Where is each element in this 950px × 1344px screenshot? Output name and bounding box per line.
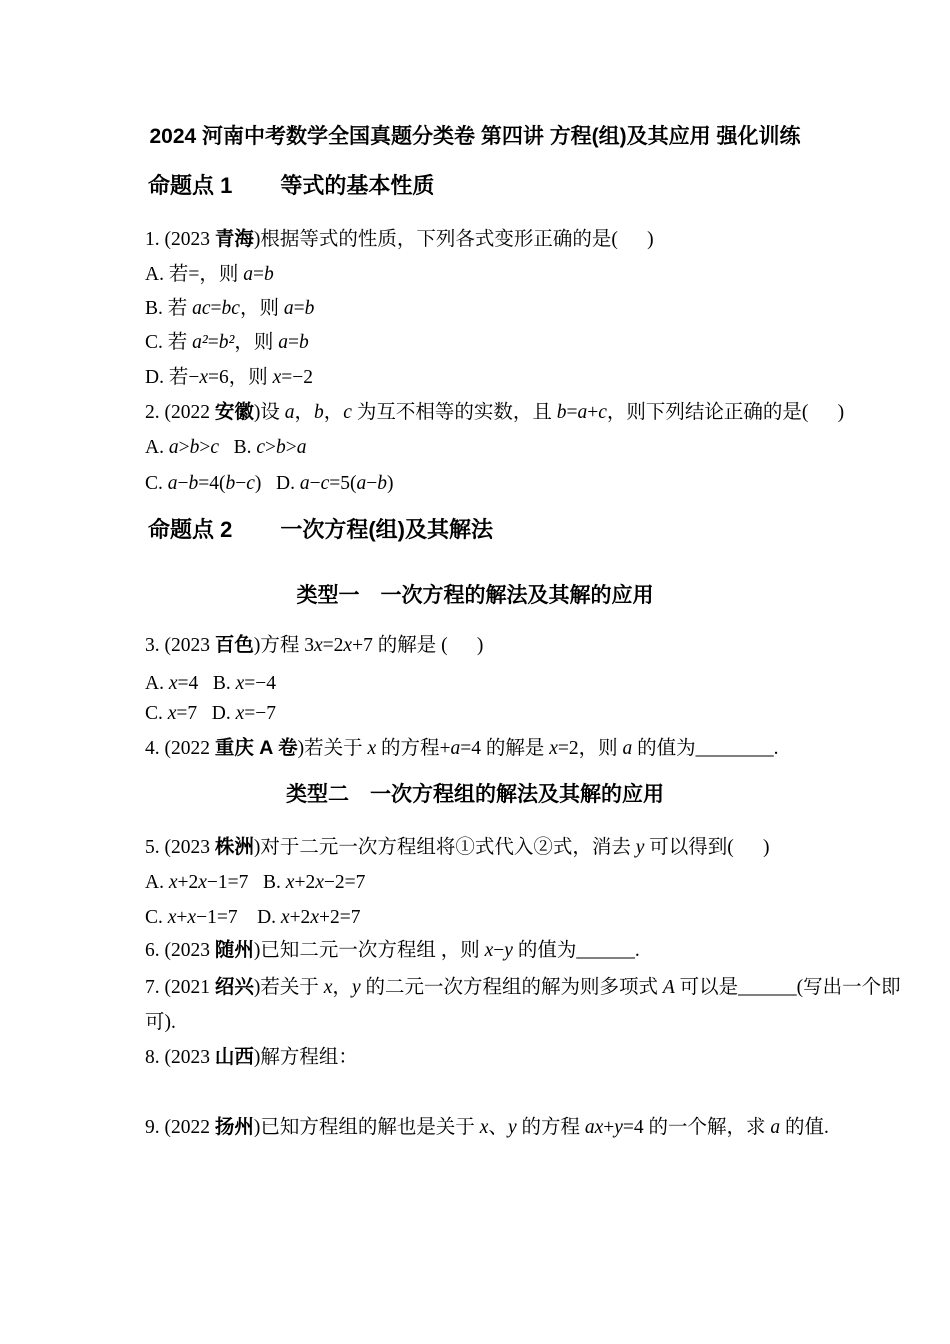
section-heading-2-text: 命题点 2 bbox=[148, 517, 232, 542]
section-heading-2-text: 一次方程(组)及其解法 bbox=[280, 517, 493, 542]
question-4-text: =2，则 bbox=[558, 738, 623, 759]
question-1-option-d-text: =−2 bbox=[281, 367, 313, 388]
question-5-options-cd-text: −1=7 D. bbox=[196, 907, 281, 928]
question-5: 5. (2023 株洲)对于二元一次方程组将①式代入②式，消去 y 可以得到( … bbox=[145, 830, 770, 865]
question-7-text: 的二元一次方程组的解为则多项式 bbox=[361, 977, 663, 998]
subsection-heading-type-2-text: 类型二 一次方程组的解法及其解的应用 bbox=[286, 783, 664, 806]
question-5-options-ab-text: x bbox=[169, 872, 178, 893]
question-3-text: x bbox=[343, 635, 352, 656]
question-1-option-b-text: ，则 bbox=[240, 298, 284, 319]
section-heading-1: 命题点 1等式的基本性质 bbox=[148, 171, 434, 201]
question-3-text: )方程 3 bbox=[254, 635, 314, 656]
question-3-options-cd: C. x=7 D. x=−7 bbox=[145, 696, 276, 731]
question-2-text: 安徽 bbox=[215, 401, 254, 423]
question-1-option-c-text: ，则 bbox=[234, 332, 278, 353]
question-9-text: y bbox=[508, 1117, 517, 1138]
question-5-options-ab-text: −2=7 bbox=[324, 872, 366, 893]
question-6-text: y bbox=[504, 940, 513, 961]
question-3-text: x bbox=[314, 635, 323, 656]
question-4-text: a bbox=[450, 738, 460, 759]
question-1-option-c-text: a bbox=[278, 332, 288, 353]
question-9-text: 的方程 bbox=[517, 1117, 585, 1138]
question-5-options-ab-text: +2 bbox=[178, 872, 199, 893]
question-3-options-cd-text: x bbox=[236, 703, 245, 724]
question-2-options-ab-text: A. bbox=[145, 437, 169, 458]
question-7-text: )若关于 bbox=[254, 977, 324, 998]
question-1-option-c-text: C. 若 bbox=[145, 332, 192, 353]
question-2: 2. (2022 安徽)设 a，b，c 为互不相等的实数，且 b=a+c，则下列… bbox=[145, 395, 844, 430]
question-2-text: + bbox=[587, 402, 598, 423]
question-5-options-ab: A. x+2x−1=7 B. x+2x−2=7 bbox=[145, 865, 365, 900]
section-heading-2: 命题点 2一次方程(组)及其解法 bbox=[148, 515, 493, 545]
question-2-text: = bbox=[566, 402, 577, 423]
question-2-text: 为互不相等的实数，且 bbox=[352, 402, 557, 423]
question-2-options-ab-text: b bbox=[190, 437, 200, 458]
question-2-options-ab-text: b bbox=[276, 437, 286, 458]
question-2-text: b bbox=[557, 402, 567, 423]
question-2-options-cd: C. a−b=4(b−c) D. a−c=5(a−b) bbox=[145, 466, 394, 501]
question-2-text: a bbox=[577, 402, 587, 423]
question-5-options-cd-text: x bbox=[310, 907, 319, 928]
question-5-options-ab-text: x bbox=[315, 872, 324, 893]
question-2-options-cd-text: ) bbox=[387, 473, 394, 494]
subsection-heading-type-1-text: 类型一 一次方程的解法及其解的应用 bbox=[297, 584, 654, 607]
question-5-options-cd-text: x bbox=[187, 907, 196, 928]
question-3-options-ab-text: x bbox=[169, 673, 178, 694]
question-4: 4. (2022 重庆 A 卷)若关于 x 的方程+a=4 的解是 x=2，则 … bbox=[145, 731, 779, 766]
question-7-text: y bbox=[352, 977, 361, 998]
question-2-options-cd-text: C. bbox=[145, 473, 168, 494]
question-5-text: 5. (2023 bbox=[145, 837, 215, 858]
question-1: 1. (2023 青海)根据等式的性质，下列各式变形正确的是( ) bbox=[145, 222, 654, 257]
question-2-options-ab-text: a bbox=[169, 437, 179, 458]
question-3-text: 3. (2023 bbox=[145, 635, 215, 656]
question-2-options-cd-text: c bbox=[246, 473, 255, 494]
question-2-text: a bbox=[285, 402, 295, 423]
question-2-text: ，则下列结论正确的是( ) bbox=[607, 402, 844, 423]
question-9-text: y bbox=[614, 1117, 623, 1138]
question-7-text: 7. (2021 bbox=[145, 977, 215, 998]
question-1-option-c-text: = bbox=[288, 332, 299, 353]
question-5-options-cd-text: + bbox=[176, 907, 187, 928]
question-2-options-cd-text: ) D. bbox=[255, 473, 300, 494]
question-2-options-ab: A. a>b>c B. c>b>a bbox=[145, 430, 307, 465]
question-1-option-d-text: =6，则 bbox=[208, 367, 273, 388]
section-heading-1-text: 命题点 1 bbox=[148, 173, 232, 198]
question-9-text: + bbox=[603, 1117, 614, 1138]
question-6-text: 的值为______. bbox=[513, 940, 640, 961]
question-2-options-ab-text: a bbox=[297, 437, 307, 458]
question-7-text: 绍兴 bbox=[215, 976, 254, 998]
question-4-text: a bbox=[623, 738, 633, 759]
question-1-option-c-text: b bbox=[299, 332, 309, 353]
subsection-heading-type-1: 类型一 一次方程的解法及其解的应用 bbox=[0, 581, 950, 611]
question-9-text: 、 bbox=[488, 1117, 508, 1138]
question-6-text: 6. (2023 bbox=[145, 940, 215, 961]
question-2-text: b bbox=[314, 402, 324, 423]
question-9-text: ax bbox=[585, 1117, 603, 1138]
question-2-options-ab-text: > bbox=[199, 437, 210, 458]
question-7-text: A bbox=[663, 977, 675, 998]
question-1-option-b-text: ac bbox=[192, 298, 210, 319]
question-1-option-b-text: b bbox=[305, 298, 315, 319]
question-1-option-c-text: a² bbox=[192, 332, 208, 353]
question-9: 9. (2022 扬州)已知方程组的解也是关于 x、y 的方程 ax+y=4 的… bbox=[145, 1110, 829, 1145]
question-6-text: x bbox=[485, 940, 494, 961]
question-1-text: 青海 bbox=[215, 228, 254, 250]
question-1-option-d-text: x bbox=[273, 367, 282, 388]
question-1-option-a-text: = bbox=[253, 264, 264, 285]
question-4-text: 的值为________. bbox=[632, 738, 778, 759]
question-9-text: 扬州 bbox=[215, 1116, 254, 1138]
question-2-options-cd-text: − bbox=[235, 473, 246, 494]
question-2-options-ab-text: > bbox=[265, 437, 276, 458]
question-1-option-d-text: x bbox=[199, 367, 208, 388]
question-5-options-ab-text: −1=7 B. bbox=[207, 872, 286, 893]
question-7-text: ， bbox=[332, 977, 352, 998]
question-1-option-a: A. 若=，则 a=b bbox=[145, 257, 274, 292]
question-2-options-cd-text: − bbox=[310, 473, 321, 494]
question-2-options-ab-text: c bbox=[210, 437, 219, 458]
question-3-text: =2 bbox=[323, 635, 344, 656]
question-3-options-cd-text: =7 D. bbox=[176, 703, 235, 724]
question-6-text: − bbox=[493, 940, 504, 961]
question-1-option-b-text: = bbox=[211, 298, 222, 319]
question-1-text: )根据等式的性质，下列各式变形正确的是( ) bbox=[254, 229, 654, 250]
question-5-options-ab-text: A. bbox=[145, 872, 169, 893]
question-2-text: ， bbox=[324, 402, 344, 423]
question-9-text: =4 的一个解，求 bbox=[623, 1117, 771, 1138]
question-4-text: 的方程+ bbox=[376, 738, 450, 759]
question-8-text: 山西 bbox=[215, 1046, 254, 1068]
question-2-options-cd-text: a bbox=[300, 473, 310, 494]
question-3-text: 百色 bbox=[215, 634, 254, 656]
question-8: 8. (2023 山西)解方程组： bbox=[145, 1040, 358, 1075]
question-1-option-a-text: b bbox=[264, 264, 274, 285]
question-2-options-ab-text: c bbox=[256, 437, 265, 458]
question-5-options-cd-text: C. bbox=[145, 907, 168, 928]
question-1-option-a-text: A. 若=，则 bbox=[145, 264, 243, 285]
question-1-option-b-text: B. 若 bbox=[145, 298, 192, 319]
question-4-text: x bbox=[367, 738, 376, 759]
document-page: 2024 河南中考数学全国真题分类卷 第四讲 方程(组)及其应用 强化训练命题点… bbox=[0, 0, 950, 1344]
question-9-text: 9. (2022 bbox=[145, 1117, 215, 1138]
question-2-text: c bbox=[343, 402, 352, 423]
question-1-option-d: D. 若−x=6，则 x=−2 bbox=[145, 360, 313, 395]
question-2-options-cd-text: b bbox=[377, 473, 387, 494]
question-7-continuation-text: 可). bbox=[145, 1012, 176, 1033]
question-2-options-cd-text: b bbox=[189, 473, 199, 494]
question-1-option-b-text: a bbox=[284, 298, 294, 319]
question-6-text: 随州 bbox=[215, 939, 254, 961]
question-2-text: ， bbox=[295, 402, 315, 423]
question-3-options-ab-text: x bbox=[236, 673, 245, 694]
question-4-text: 重庆 A 卷 bbox=[215, 737, 298, 759]
question-2-options-cd-text: a bbox=[357, 473, 367, 494]
question-5-options-cd-text: +2 bbox=[290, 907, 311, 928]
question-2-options-ab-text: B. bbox=[219, 437, 256, 458]
question-9-text: a bbox=[770, 1117, 780, 1138]
question-7-continuation: 可). bbox=[145, 1005, 176, 1040]
question-2-options-cd-text: a bbox=[168, 473, 178, 494]
question-2-options-cd-text: =5( bbox=[329, 473, 356, 494]
question-2-options-cd-text: b bbox=[226, 473, 236, 494]
question-4-text: x bbox=[549, 738, 558, 759]
question-9-text: )已知方程组的解也是关于 bbox=[254, 1117, 480, 1138]
question-1-option-a-text: a bbox=[243, 264, 253, 285]
question-1-option-d-text: D. 若− bbox=[145, 367, 199, 388]
question-7-text: 可以是______(写出一个即 bbox=[675, 977, 901, 998]
subsection-heading-type-2: 类型二 一次方程组的解法及其解的应用 bbox=[0, 780, 950, 810]
doc-title: 2024 河南中考数学全国真题分类卷 第四讲 方程(组)及其应用 强化训练 bbox=[0, 122, 950, 152]
question-1-option-c: C. 若 a²=b²，则 a=b bbox=[145, 325, 309, 360]
question-3-options-ab-text: =4 B. bbox=[178, 673, 236, 694]
question-1-option-c-text: = bbox=[208, 332, 219, 353]
question-2-text: c bbox=[598, 402, 607, 423]
question-2-text: )设 bbox=[254, 402, 285, 423]
question-2-options-cd-text: c bbox=[321, 473, 330, 494]
question-4-text: 4. (2022 bbox=[145, 738, 215, 759]
question-5-options-cd: C. x+x−1=7 D. x+2x+2=7 bbox=[145, 900, 360, 935]
question-5-options-cd-text: +2=7 bbox=[319, 907, 361, 928]
question-1-option-b: B. 若 ac=bc，则 a=b bbox=[145, 291, 314, 326]
question-7: 7. (2021 绍兴)若关于 x，y 的二元一次方程组的解为则多项式 A 可以… bbox=[145, 970, 901, 1005]
question-1-text: 1. (2023 bbox=[145, 229, 215, 250]
question-3-options-cd-text: C. bbox=[145, 703, 168, 724]
question-2-options-ab-text: > bbox=[179, 437, 190, 458]
question-2-options-ab-text: > bbox=[286, 437, 297, 458]
question-1-option-c-text: b² bbox=[219, 332, 235, 353]
question-2-text: 2. (2022 bbox=[145, 402, 215, 423]
question-2-options-cd-text: − bbox=[366, 473, 377, 494]
question-4-text: =4 的解是 bbox=[460, 738, 549, 759]
question-8-text: 8. (2023 bbox=[145, 1047, 215, 1068]
question-5-text: 可以得到( ) bbox=[644, 837, 769, 858]
question-4-text: )若关于 bbox=[298, 738, 368, 759]
question-5-options-ab-text: x bbox=[198, 872, 207, 893]
question-5-text: )对于二元一次方程组将①式代入②式，消去 bbox=[254, 837, 636, 858]
question-5-options-ab-text: +2 bbox=[294, 872, 315, 893]
question-3-options-ab-text: =−4 bbox=[244, 673, 276, 694]
question-1-option-b-text: bc bbox=[222, 298, 240, 319]
question-5-text: 株洲 bbox=[215, 836, 254, 858]
question-8-text: )解方程组： bbox=[254, 1047, 358, 1068]
question-5-options-cd-text: x bbox=[281, 907, 290, 928]
question-2-options-cd-text: =4( bbox=[198, 473, 225, 494]
question-3-text: +7 的解是 ( ) bbox=[352, 635, 483, 656]
question-3: 3. (2023 百色)方程 3x=2x+7 的解是 ( ) bbox=[145, 628, 483, 663]
question-9-text: 的值. bbox=[780, 1117, 829, 1138]
question-2-options-cd-text: − bbox=[178, 473, 189, 494]
question-3-options-cd-text: =−7 bbox=[244, 703, 276, 724]
section-heading-1-text: 等式的基本性质 bbox=[280, 173, 434, 198]
question-3-options-ab-text: A. bbox=[145, 673, 169, 694]
question-6-text: )已知二元一次方程组 ，则 bbox=[254, 940, 485, 961]
question-1-option-b-text: = bbox=[294, 298, 305, 319]
doc-title-text: 2024 河南中考数学全国真题分类卷 第四讲 方程(组)及其应用 强化训练 bbox=[149, 125, 800, 148]
question-6: 6. (2023 随州)已知二元一次方程组 ，则 x−y 的值为______. bbox=[145, 933, 640, 968]
